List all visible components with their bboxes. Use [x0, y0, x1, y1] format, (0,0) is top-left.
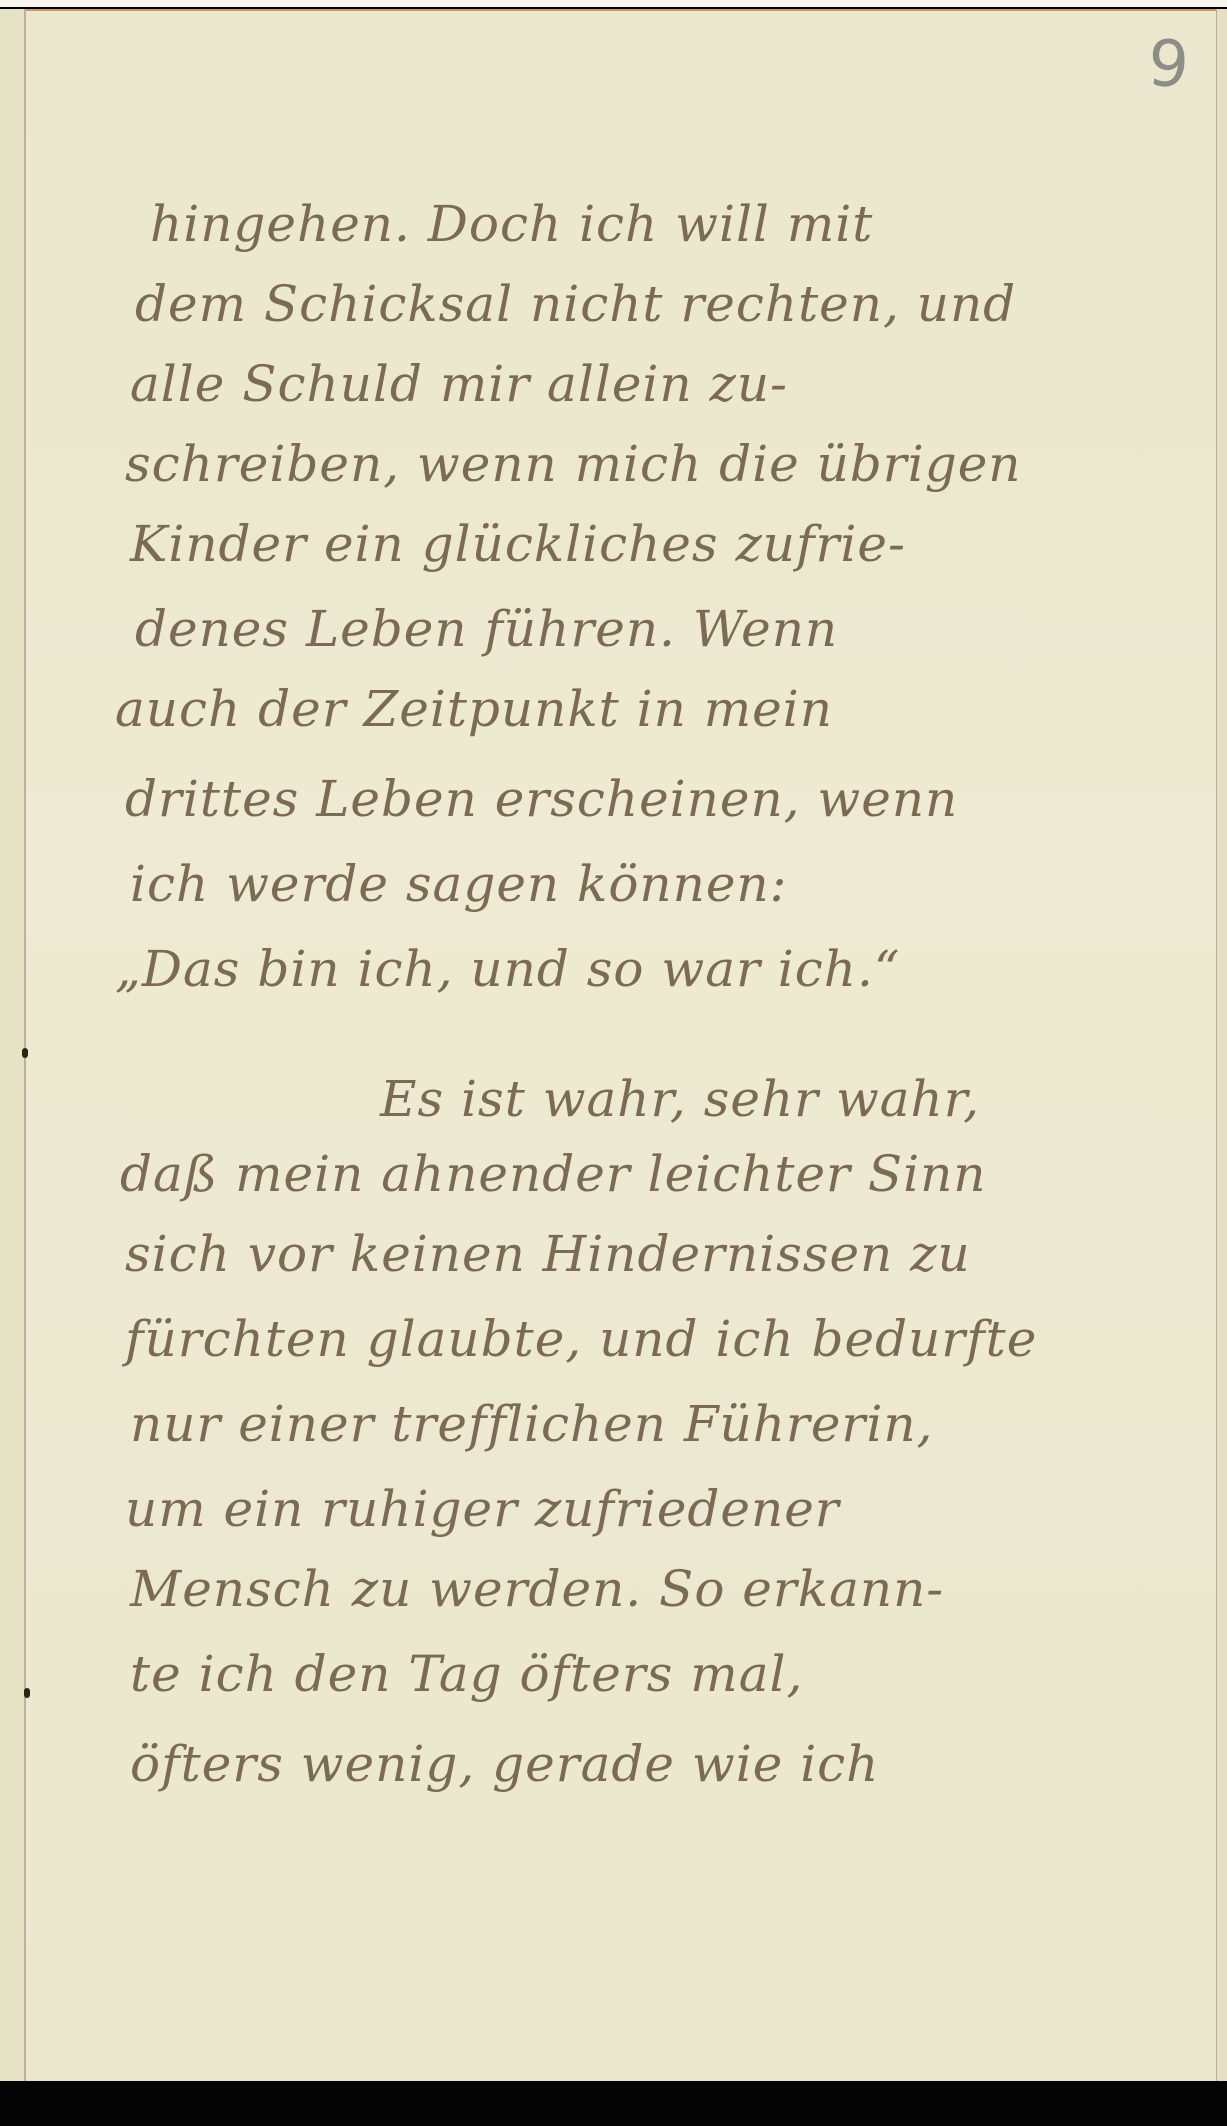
- manuscript-line: drittes Leben erscheinen, wenn: [125, 770, 958, 828]
- manuscript-line: fürchten glaubte, und ich bedurfte: [125, 1310, 1037, 1368]
- manuscript-line: schreiben, wenn mich die übrigen: [125, 435, 1022, 493]
- manuscript-line: te ich den Tag öfters mal,: [130, 1645, 803, 1703]
- manuscript-line: alle Schuld mir allein zu-: [130, 355, 788, 413]
- manuscript-line: nur einer trefflichen Führerin,: [130, 1395, 933, 1453]
- manuscript-line: „Das bin ich, und so war ich.“: [115, 940, 900, 998]
- binding-stitch-mark: [22, 1048, 28, 1058]
- manuscript-line: denes Leben führen. Wenn: [135, 600, 838, 658]
- page-right-edge: [1216, 9, 1227, 2081]
- binding-stitch-mark: [24, 1688, 30, 1698]
- manuscript-line: hingehen. Doch ich will mit: [150, 195, 873, 253]
- page-number: 9: [1145, 27, 1191, 104]
- manuscript-line: dem Schicksal nicht rechten, und: [135, 275, 1016, 333]
- manuscript-line: Kinder ein glückliches zufrie-: [130, 515, 906, 573]
- manuscript-line: Mensch zu werden. So erkann-: [130, 1560, 944, 1618]
- scan-bottom-background: [0, 2081, 1227, 2126]
- manuscript-line: auch der Zeitpunkt in mein: [115, 680, 833, 738]
- scan-top-border: [0, 0, 1227, 7]
- manuscript-line: daß mein ahnender leichter Sinn: [120, 1145, 987, 1203]
- manuscript-line: Es ist wahr, sehr wahr,: [380, 1070, 980, 1128]
- manuscript-line: ich werde sagen können:: [130, 855, 787, 913]
- manuscript-line: öfters wenig, gerade wie ich: [130, 1735, 879, 1793]
- manuscript-line: sich vor keinen Hindernissen zu: [125, 1225, 971, 1283]
- manuscript-line: um ein ruhiger zufriedener: [125, 1480, 840, 1538]
- binding-gutter: [0, 9, 26, 2081]
